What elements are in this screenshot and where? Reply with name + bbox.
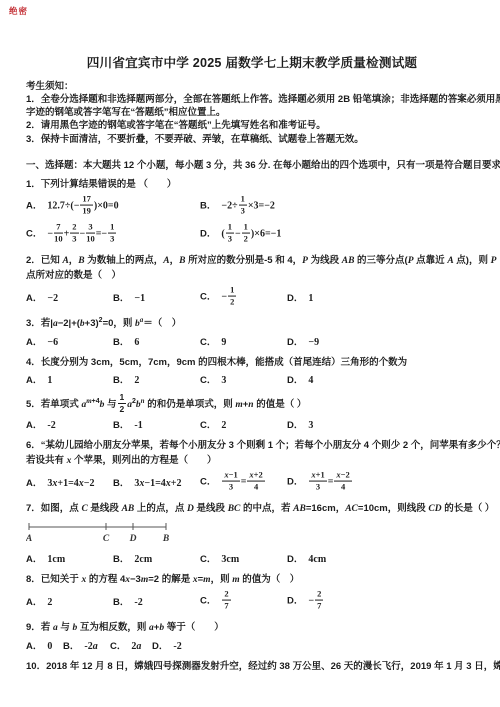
option-value: 2 xyxy=(47,597,52,608)
option-label: D． xyxy=(287,551,303,565)
option-value: −2 xyxy=(47,293,58,304)
option-d: D．4 xyxy=(287,372,313,386)
question-stem: 3．若|a−2|+(b+3)2=0，则 ba＝（ ） xyxy=(26,317,478,332)
option-c: C．3cm xyxy=(200,551,239,565)
option-label: A． xyxy=(26,475,42,489)
question-q2: 2．已知 A，B 为数轴上的两点，A，B 所对应的数分别是-5 和 4，P 为线… xyxy=(26,254,478,311)
option-value: 27 xyxy=(221,595,231,606)
question-stem: 1．下列计算结果错误的是 （ ） xyxy=(26,178,478,193)
options-row: A．1B．2C．3D．4 xyxy=(26,370,478,388)
question-q1: 1．下列计算结果错误的是 （ ）A．12.7÷(−1719)×0=0B．−2÷1… xyxy=(26,178,478,249)
option-label: C． xyxy=(200,334,216,348)
option-d: D．−9 xyxy=(287,334,319,348)
question-q8: 8．已知关于 x 的方程 4x−3m=2 的解是 x=m，则 m 的值为（ ）A… xyxy=(26,573,478,616)
option-label: B． xyxy=(113,372,129,386)
notice-line: 3．保持卡面清洁，不要折叠，不要弄破、弄皱，在草稿纸、试题卷上答题无效。 xyxy=(26,133,478,146)
question-stem: 8．已知关于 x 的方程 4x−3m=2 的解是 x=m，则 m 的值为（ ） xyxy=(26,573,478,588)
option-label: C． xyxy=(200,372,216,386)
option-b: B．2 xyxy=(113,372,139,386)
option-label: C． xyxy=(200,417,216,431)
option-d: D．4cm xyxy=(287,551,326,565)
question-q5: 5．若单项式 am+4b 与12a2bn 的和仍是单项式，则 m+n 的值是（ … xyxy=(26,394,478,433)
option-label: B． xyxy=(113,334,129,348)
option-value: 3x+1=4x−2 xyxy=(47,478,94,489)
option-label: B． xyxy=(113,290,129,304)
option-value: -2 xyxy=(134,597,142,608)
question-stem: 7．如图，点 C 是线段 AB 上的点，点 D 是线段 BC 的中点，若 AB=… xyxy=(26,502,478,517)
option-value: x−13=x+24 xyxy=(221,476,265,487)
notice-line: 1．全卷分选择题和非选择题两部分，全部在答题纸上作答。选择题必须用 2B 铅笔填… xyxy=(26,93,478,106)
option-value: 1 xyxy=(47,375,52,386)
option-label: D． xyxy=(287,473,303,487)
option-c: C．−12 xyxy=(200,287,237,308)
option-label: B． xyxy=(113,551,129,565)
options-row: A．0B．-2aC．2aD．-2 xyxy=(26,636,478,654)
question-stem: 5．若单项式 am+4b 与12a2bn 的和仍是单项式，则 m+n 的值是（ … xyxy=(26,394,478,415)
option-d: D．x+13=x−24 xyxy=(287,472,353,493)
option-c: C．−710+23−310=−13 xyxy=(26,224,117,245)
option-value: -2a xyxy=(84,641,97,652)
options-row: A．3x+1=4x−2B．3x−1=4x+2C．x−13=x+24D．x+13=… xyxy=(26,468,478,496)
exam-page: 绝密 四川省宜宾市中学 2025 届数学七上期末教学质量检测试题 考生须知： 1… xyxy=(0,0,500,707)
option-value: 3 xyxy=(221,375,226,386)
option-value: 2a xyxy=(131,641,141,652)
option-d: D．-2 xyxy=(152,638,182,652)
option-d: D．−27 xyxy=(287,591,324,612)
option-value: 9 xyxy=(221,337,226,348)
diagram-point-label: D xyxy=(129,534,137,544)
option-value: x+13=x−24 xyxy=(308,476,352,487)
option-label: D． xyxy=(152,638,168,652)
option-value: 2cm xyxy=(134,554,152,565)
option-c: C．27 xyxy=(200,591,232,612)
section-header: 一、选择题：本大题共 12 个小题，每小题 3 分，共 36 分. 在每小题给出… xyxy=(26,159,478,172)
option-b: B．−1 xyxy=(113,290,145,304)
option-value: 4cm xyxy=(308,554,326,565)
option-a: A．−2 xyxy=(26,290,58,304)
secret-stamp: 绝密 xyxy=(9,5,28,17)
option-a: A．−6 xyxy=(26,334,58,348)
option-label: B． xyxy=(113,475,129,489)
option-value: 6 xyxy=(134,337,139,348)
option-a: A．-2 xyxy=(26,417,56,431)
option-label: B． xyxy=(113,417,129,431)
options-row: A．12.7÷(−1719)×0=0B．−2÷13×3=−2 xyxy=(26,192,478,220)
option-value: (13−12)×6=−1 xyxy=(221,229,281,240)
options-row: A．−6B．6C．9D．−9 xyxy=(26,332,478,350)
option-b: B．-2a xyxy=(63,638,98,652)
notice-list: 1．全卷分选择题和非选择题两部分，全部在答题纸上作答。选择题必须用 2B 铅笔填… xyxy=(26,93,478,146)
option-label: A． xyxy=(26,198,42,212)
question-q3: 3．若|a−2|+(b+3)2=0，则 ba＝（ ）A．−6B．6C．9D．−9 xyxy=(26,317,478,350)
option-label: C． xyxy=(200,551,216,565)
option-c: C．2a xyxy=(110,638,141,652)
question-q10: 10．2018 年 12 月 8 日，嫦娥四号探测器发射升空，经过约 38 万公… xyxy=(26,660,478,675)
options-row: A．−2B．−1C．−12D．1 xyxy=(26,283,478,311)
option-c: C．3 xyxy=(200,372,226,386)
option-a: A．3x+1=4x−2 xyxy=(26,475,94,489)
diagram-point-label: B xyxy=(162,534,169,544)
question-q6: 6．“某幼儿园给小朋友分苹果，若每个小朋友分 3 个则剩 1 个；若每个小朋友分… xyxy=(26,439,478,496)
question-stem: 点所对应的数是（ ） xyxy=(26,269,478,284)
option-value: −9 xyxy=(308,337,319,348)
option-c: C．9 xyxy=(200,334,226,348)
option-label: B． xyxy=(113,594,129,608)
option-value: 3 xyxy=(308,420,313,431)
option-label: B． xyxy=(200,198,216,212)
option-value: -1 xyxy=(134,420,142,431)
option-b: B．−2÷13×3=−2 xyxy=(200,196,275,217)
option-label: A． xyxy=(26,594,42,608)
option-label: B． xyxy=(63,638,79,652)
options-row: A．-2B．-1C．2D．3 xyxy=(26,415,478,433)
option-value: 4 xyxy=(308,375,313,386)
option-b: B．3x−1=4x+2 xyxy=(113,475,181,489)
option-a: A．1 xyxy=(26,372,52,386)
option-value: −6 xyxy=(47,337,58,348)
option-b: B．6 xyxy=(113,334,139,348)
option-label: A． xyxy=(26,290,42,304)
option-b: B．2cm xyxy=(113,551,152,565)
question-stem: 10．2018 年 12 月 8 日，嫦娥四号探测器发射升空，经过约 38 万公… xyxy=(26,660,478,675)
option-label: A． xyxy=(26,334,42,348)
segment-diagram: ACDB xyxy=(26,520,176,544)
option-value: 2 xyxy=(134,375,139,386)
option-value: 3x−1=4x+2 xyxy=(134,478,181,489)
option-label: D． xyxy=(287,417,303,431)
question-stem: 2．已知 A，B 为数轴上的两点，A，B 所对应的数分别是-5 和 4，P 为线… xyxy=(26,254,478,269)
option-label: A． xyxy=(26,638,42,652)
option-label: D． xyxy=(287,290,303,304)
option-a: A．1cm xyxy=(26,551,65,565)
option-label: D． xyxy=(287,334,303,348)
notice-line: 2．请用黑色字迹的钢笔或答字笔在“答题纸”上先填写姓名和准考证号。 xyxy=(26,119,478,132)
option-c: C．2 xyxy=(200,417,226,431)
option-value: −2÷13×3=−2 xyxy=(221,201,275,212)
option-d: D．3 xyxy=(287,417,313,431)
option-label: D． xyxy=(200,226,216,240)
question-stem: 若设共有 x 个苹果，则列出的方程是（ ） xyxy=(26,454,478,469)
notice-heading: 考生须知： xyxy=(26,80,478,93)
question-q4: 4．长度分别为 3cm，5cm，7cm，9cm 的四根木棒，能搭成（首尾连结）三… xyxy=(26,356,478,389)
option-value: 1 xyxy=(308,293,313,304)
question-stem: 6．“某幼儿园给小朋友分苹果，若每个小朋友分 3 个则剩 1 个；若每个小朋友分… xyxy=(26,439,478,454)
option-value: 2 xyxy=(221,420,226,431)
options-row: C．−710+23−310=−13D．(13−12)×6=−1 xyxy=(26,220,478,248)
option-value: -2 xyxy=(47,420,55,431)
option-label: D． xyxy=(287,592,303,606)
question-stem: 9．若 a 与 b 互为相反数，则 a+b 等于（ ） xyxy=(26,621,478,636)
option-label: A． xyxy=(26,372,42,386)
notice-line: 字迹的钢笔或答字笔写在“答题纸”相应位置上。 xyxy=(26,106,478,119)
diagram-point-label: A xyxy=(26,534,32,544)
option-value: −1 xyxy=(134,293,145,304)
option-label: A． xyxy=(26,551,42,565)
option-value: -2 xyxy=(173,641,181,652)
option-label: C． xyxy=(200,592,216,606)
option-value: 0 xyxy=(47,641,52,652)
option-value: −710+23−310=−13 xyxy=(47,229,117,240)
option-b: B．-2 xyxy=(113,594,143,608)
page-title: 四川省宜宾市中学 2025 届数学七上期末教学质量检测试题 xyxy=(26,0,478,71)
question-list: 1．下列计算结果错误的是 （ ）A．12.7÷(−1719)×0=0B．−2÷1… xyxy=(26,178,478,674)
option-a: A．12.7÷(−1719)×0=0 xyxy=(26,196,119,217)
option-b: B．-1 xyxy=(113,417,143,431)
option-d: D．1 xyxy=(287,290,313,304)
option-value: −27 xyxy=(308,595,324,606)
options-row: A．2B．-2C．27D．−27 xyxy=(26,587,478,615)
question-q9: 9．若 a 与 b 互为相反数，则 a+b 等于（ ）A．0B．-2aC．2aD… xyxy=(26,621,478,654)
option-label: A． xyxy=(26,417,42,431)
option-a: A．2 xyxy=(26,594,52,608)
question-stem: 4．长度分别为 3cm，5cm，7cm，9cm 的四根木棒，能搭成（首尾连结）三… xyxy=(26,356,478,371)
option-value: 3cm xyxy=(221,554,239,565)
option-value: 12.7÷(−1719)×0=0 xyxy=(47,201,118,212)
option-c: C．x−13=x+24 xyxy=(200,472,266,493)
question-q7: 7．如图，点 C 是线段 AB 上的点，点 D 是线段 BC 的中点，若 AB=… xyxy=(26,502,478,567)
option-value: 1cm xyxy=(47,554,65,565)
option-label: C． xyxy=(200,473,216,487)
option-value: −12 xyxy=(221,292,237,303)
option-label: C． xyxy=(110,638,126,652)
option-label: C． xyxy=(26,226,42,240)
diagram-point-label: C xyxy=(103,534,110,544)
option-d: D．(13−12)×6=−1 xyxy=(200,224,281,245)
option-a: A．0 xyxy=(26,638,52,652)
option-label: C． xyxy=(200,289,216,303)
option-label: D． xyxy=(287,372,303,386)
options-row: A．1cmB．2cmC．3cmD．4cm xyxy=(26,549,478,567)
